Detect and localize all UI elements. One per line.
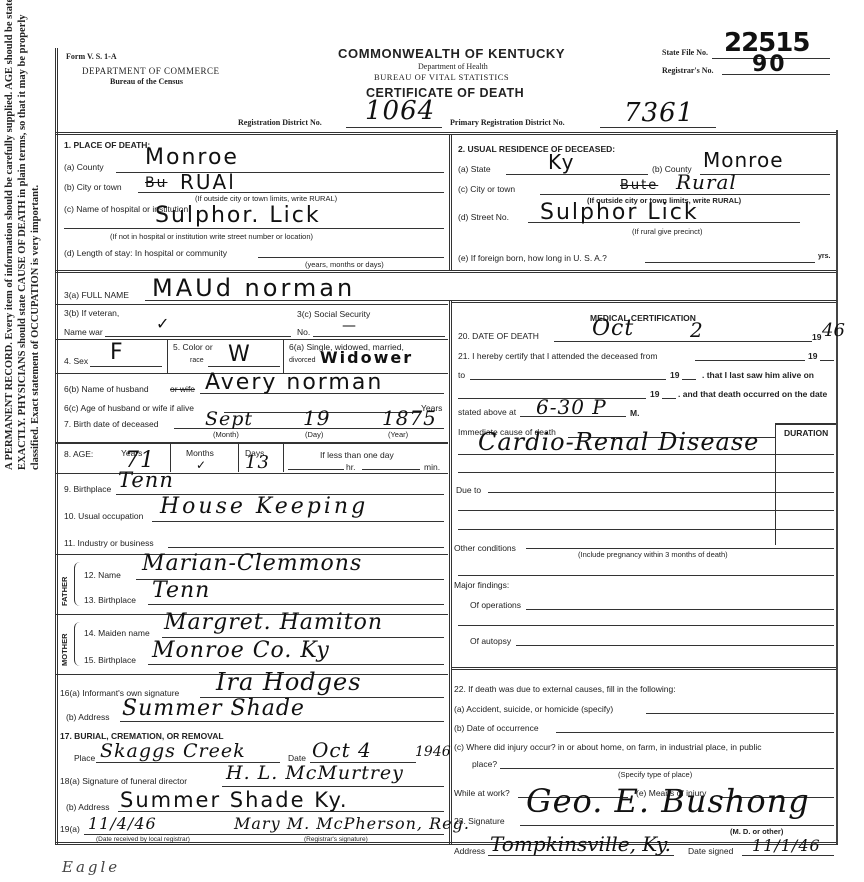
row-rule-7 xyxy=(56,442,448,444)
county-label: (a) County xyxy=(64,162,104,172)
color-label: 5. Color or xyxy=(173,342,213,352)
signature-label: 23. Signature xyxy=(454,816,505,826)
date-signed-label: Date signed xyxy=(688,846,733,856)
hr-label: hr. xyxy=(346,462,355,472)
section-rule-1 xyxy=(56,270,836,273)
birth-day[interactable]: 19 xyxy=(303,406,330,430)
age-months-col: Months xyxy=(186,448,214,458)
mother-tag: MOTHER xyxy=(60,634,69,667)
death-date-line xyxy=(554,341,812,342)
stay-note: (years, months or days) xyxy=(305,260,384,269)
primary-district-value: 7361 xyxy=(624,98,694,128)
filed-label: 19(a) xyxy=(60,824,80,834)
birth-year[interactable]: 1875 xyxy=(382,406,437,430)
bureau-vital: BUREAU OF VITAL STATISTICS xyxy=(374,72,509,82)
footer-note: Eagle xyxy=(62,858,120,876)
duration-label: DURATION xyxy=(784,428,828,438)
father-name-label: 12. Name xyxy=(84,570,121,580)
foreign-line xyxy=(645,262,815,263)
specify-place-note: (Specify type of place) xyxy=(618,770,692,779)
last-saw-label: . that I last saw him alive on xyxy=(702,370,814,380)
birthplace-value[interactable]: Tenn xyxy=(118,468,174,492)
stay-line xyxy=(258,257,444,258)
city-label: (b) City or town xyxy=(64,182,122,192)
county-line xyxy=(116,172,444,173)
bureau: Bureau of the Census xyxy=(110,77,183,86)
mother-name-label: 14. Maiden name xyxy=(84,628,150,638)
veteran-label: 3(b) If veteran, xyxy=(64,308,119,318)
due-to-label: Due to xyxy=(456,485,481,495)
foreign-unit: yrs. xyxy=(818,253,830,260)
where-label: (c) Where did injury occur? in or about … xyxy=(454,742,762,752)
filed-caption: (Date received by local registrar) xyxy=(96,836,190,843)
full-name-value[interactable]: MAUd norman xyxy=(152,274,355,302)
frame-right xyxy=(836,130,838,844)
due-to-line-1 xyxy=(488,492,834,493)
due-to-line-3 xyxy=(458,529,834,530)
department: DEPARTMENT OF COMMERCE xyxy=(82,66,219,76)
medical-top-rule xyxy=(451,300,836,303)
death-city-struck: Bu xyxy=(145,175,167,191)
age-days[interactable]: 13 xyxy=(245,452,270,473)
other-line-2 xyxy=(458,575,834,576)
to-line xyxy=(470,379,666,380)
date-signed-line xyxy=(742,855,834,856)
operations-line xyxy=(526,609,834,610)
major-findings-label: Major findings: xyxy=(454,580,509,590)
header-rule xyxy=(56,132,836,135)
occurrence-label: (b) Date of occurrence xyxy=(454,723,539,733)
industry-label: 11. Industry or business xyxy=(64,538,154,548)
street-note: (If rural give precinct) xyxy=(632,227,702,236)
certify-19c-line xyxy=(662,398,676,399)
birth-month[interactable]: Sept xyxy=(205,408,253,430)
industry-line xyxy=(168,547,444,548)
reg-district-label: Registration District No. xyxy=(238,118,322,127)
frame-left xyxy=(55,48,58,845)
external-rule xyxy=(451,667,836,670)
other-conditions-label: Other conditions xyxy=(454,543,516,553)
burial-date-value[interactable]: Oct 4 xyxy=(312,738,372,762)
operations-line-2 xyxy=(458,625,834,626)
name-war-line xyxy=(105,336,291,337)
min-label: min. xyxy=(424,462,440,472)
certify-19a-line xyxy=(820,360,834,361)
full-name-label: 3(a) FULL NAME xyxy=(64,290,129,300)
occupation-label: 10. Usual occupation xyxy=(64,511,143,521)
birthplace-label: 9. Birthplace xyxy=(64,484,111,494)
commonwealth-title: COMMONWEALTH OF KENTUCKY xyxy=(338,46,565,61)
burial-year[interactable]: 1946 xyxy=(415,744,451,760)
spouse-label: 6(b) Name of husband xyxy=(64,384,149,394)
hospital-line xyxy=(64,228,444,229)
certify-19a: 19 xyxy=(808,351,817,361)
registrar-no-value: 90 xyxy=(752,52,787,77)
duration-box xyxy=(775,423,836,545)
reg-district-line xyxy=(346,127,442,128)
occupation-line xyxy=(152,521,444,522)
death-date-day[interactable]: 2 xyxy=(690,318,704,342)
name-war-label: Name war xyxy=(64,327,103,337)
certify-19b-line xyxy=(682,379,696,380)
ss-line xyxy=(313,336,445,337)
death-date-month[interactable]: Oct xyxy=(592,316,634,341)
street-value[interactable]: Sulphor Lick xyxy=(540,200,699,225)
res-city-line xyxy=(540,194,830,195)
age-div-2 xyxy=(238,444,239,472)
city-note: (If outside city or town limits, write R… xyxy=(195,194,337,203)
age-label: 8. AGE: xyxy=(64,449,93,459)
other-line xyxy=(526,548,834,549)
occurrence-line xyxy=(556,732,834,733)
place-death-heading: 1. PLACE OF DEATH: xyxy=(64,140,150,150)
column-divider-top xyxy=(449,134,452,270)
res-state-line xyxy=(506,174,648,175)
dept-health: Department of Health xyxy=(418,62,488,71)
spouse-age-label: 6(c) Age of husband or wife if alive xyxy=(64,403,194,413)
father-birth-value[interactable]: Tenn xyxy=(152,578,210,603)
father-name-value[interactable]: Marian-Clemmons xyxy=(142,551,362,576)
other-note: (Include pregnancy within 3 months of de… xyxy=(578,550,728,559)
foreign-label: (e) If foreign born, how long in U. S. A… xyxy=(458,253,607,263)
physician-signature[interactable]: Geo. E. Bushong xyxy=(526,782,810,820)
ss-no-label: No. xyxy=(297,327,310,337)
birth-label: 7. Birth date of deceased xyxy=(64,419,159,429)
immediate-line-2 xyxy=(458,454,834,455)
margin-line-2: EXACTLY. PHYSICIANS should state CAUSE O… xyxy=(17,14,28,470)
operations-label: Of operations xyxy=(470,600,521,610)
name-war-value[interactable]: ✓ xyxy=(156,314,171,333)
age-div-3 xyxy=(283,444,284,472)
reg-district-value: 1064 xyxy=(365,96,435,126)
street-label: (d) Street No. xyxy=(458,212,509,222)
margin-line-3: classified. Exact statement of OCCUPATIO… xyxy=(30,185,41,470)
accident-label: (a) Accident, suicide, or homicide (spec… xyxy=(454,704,613,714)
m-label: M. xyxy=(630,408,639,418)
mother-birth-line xyxy=(148,664,444,665)
primary-district-label: Primary Registration District No. xyxy=(450,118,565,127)
stated-above-label: stated above at xyxy=(458,407,516,417)
death-year-prefix: 19 xyxy=(812,332,821,342)
registrar-sig-caption: (Registrar's signature) xyxy=(304,836,368,843)
registrar-signature[interactable]: Mary M. McPherson, Reg. xyxy=(234,814,470,833)
certify-19c: 19 xyxy=(650,389,659,399)
informant-addr-label: (b) Address xyxy=(66,712,109,722)
due-to-line-2 xyxy=(458,510,834,511)
divorced-label: divorced xyxy=(289,357,315,364)
time-value[interactable]: 6-30 P xyxy=(536,395,607,419)
sex-line xyxy=(90,366,162,367)
signature-line xyxy=(520,825,834,826)
hr-line xyxy=(288,469,344,470)
filed-value[interactable]: 11/4/46 xyxy=(88,814,157,833)
res-city-label: (c) City or town xyxy=(458,184,515,194)
form-number: Form V. S. 1-A xyxy=(66,52,117,61)
physician-address-label: Address xyxy=(454,846,485,856)
mother-birth-label: 15. Birthplace xyxy=(84,655,136,665)
while-work-label: While at work? xyxy=(454,788,510,798)
director-line xyxy=(222,786,444,787)
ss-value[interactable]: — xyxy=(342,318,358,334)
stay-label: (d) Length of stay: In hospital or commu… xyxy=(64,248,227,258)
father-tag: FATHER xyxy=(60,577,69,606)
informant-addr-line xyxy=(120,721,444,722)
father-birth-label: 13. Birthplace xyxy=(84,595,136,605)
immediate-line-3 xyxy=(458,472,834,473)
place-line xyxy=(500,768,834,769)
hospital-value[interactable]: Sulphor. Lick xyxy=(155,203,321,228)
registrar-no-label: Registrar's No. xyxy=(662,66,714,75)
month-caption: (Month) xyxy=(213,430,239,439)
to-label: to xyxy=(458,370,465,380)
sex-divider xyxy=(167,339,168,373)
mother-name-value[interactable]: Margret. Hamiton xyxy=(164,610,383,635)
accident-line xyxy=(646,713,834,714)
year-caption: (Year) xyxy=(388,430,408,439)
spouse-value[interactable]: Avery norman xyxy=(205,370,383,395)
place-label: Place xyxy=(74,753,95,763)
race-divider xyxy=(283,339,284,373)
certify-line: 21. I hereby certify that I attended the… xyxy=(458,351,657,361)
death-county-value[interactable]: Monroe xyxy=(145,145,239,170)
informant-addr-value[interactable]: Summer Shade xyxy=(122,696,305,721)
occupation-value[interactable]: House Keeping xyxy=(160,494,368,519)
certify-19b: 19 xyxy=(670,370,679,380)
autopsy-line xyxy=(516,645,834,646)
mother-birth-value[interactable]: Monroe Co. Ky xyxy=(152,638,330,663)
column-divider xyxy=(449,300,452,845)
place-q-label: place? xyxy=(472,759,497,769)
death-occurred-label: . and that death occurred on the date xyxy=(678,389,827,399)
father-birth-line xyxy=(148,604,444,605)
res-state-value[interactable]: Ky xyxy=(548,150,576,174)
day-caption: (Day) xyxy=(305,430,323,439)
res-city-struck: Bute xyxy=(620,178,658,193)
director-addr-value[interactable]: Summer Shade Ky. xyxy=(120,788,349,812)
autopsy-label: Of autopsy xyxy=(470,636,511,646)
ss-label: 3(c) Social Security xyxy=(297,309,370,319)
director-label: 18(a) Signature of funeral director xyxy=(60,776,187,786)
marital-value[interactable]: Widower xyxy=(320,348,413,367)
informant-value[interactable]: Ira Hodges xyxy=(216,668,362,696)
burial-place-value[interactable]: Skaggs Creek xyxy=(100,740,246,762)
margin-line-1: A PERMANENT RECORD. Every item of inform… xyxy=(4,0,15,470)
father-bracket xyxy=(74,562,81,606)
certify-from-line xyxy=(695,360,805,361)
row-rule-8 xyxy=(56,473,448,474)
state-file-label: State File No. xyxy=(662,48,708,57)
less-day-label: If less than one day xyxy=(320,450,394,460)
race-value[interactable]: W xyxy=(228,342,252,367)
res-city-value[interactable]: Rural xyxy=(676,170,737,194)
filed-line xyxy=(84,834,444,835)
age-months[interactable]: ✓ xyxy=(196,458,208,472)
res-county-value[interactable]: Monroe xyxy=(703,148,784,172)
hospital-note: (If not in hospital or institution write… xyxy=(110,232,313,241)
sex-label: 4. Sex xyxy=(64,356,88,366)
row-rule-3a xyxy=(56,304,448,305)
immediate-cause-value[interactable]: Cardio-Renal Disease xyxy=(478,428,759,456)
physician-address-value[interactable]: Tompkinsville, Ky. xyxy=(490,832,671,856)
residence-heading: 2. USUAL RESIDENCE OF DECEASED: xyxy=(458,144,615,154)
death-date-year[interactable]: 46 xyxy=(822,320,845,341)
external-heading: 22. If death was due to external causes,… xyxy=(454,684,676,694)
min-line xyxy=(362,469,420,470)
sex-value[interactable]: F xyxy=(110,340,125,365)
race-label: race xyxy=(190,357,204,364)
death-city-value[interactable]: RUAl xyxy=(180,170,236,194)
director-addr-label: (b) Address xyxy=(66,802,109,812)
mother-bracket xyxy=(74,622,81,666)
death-date-label: 20. DATE OF DEATH xyxy=(458,331,539,341)
res-state-label: (a) State xyxy=(458,164,491,174)
spouse-struck: or wife xyxy=(170,384,195,394)
date-signed-value[interactable]: 11/1/46 xyxy=(752,836,821,855)
md-caption: (M. D. or other) xyxy=(730,827,783,836)
director-value[interactable]: H. L. McMurtrey xyxy=(226,762,404,784)
